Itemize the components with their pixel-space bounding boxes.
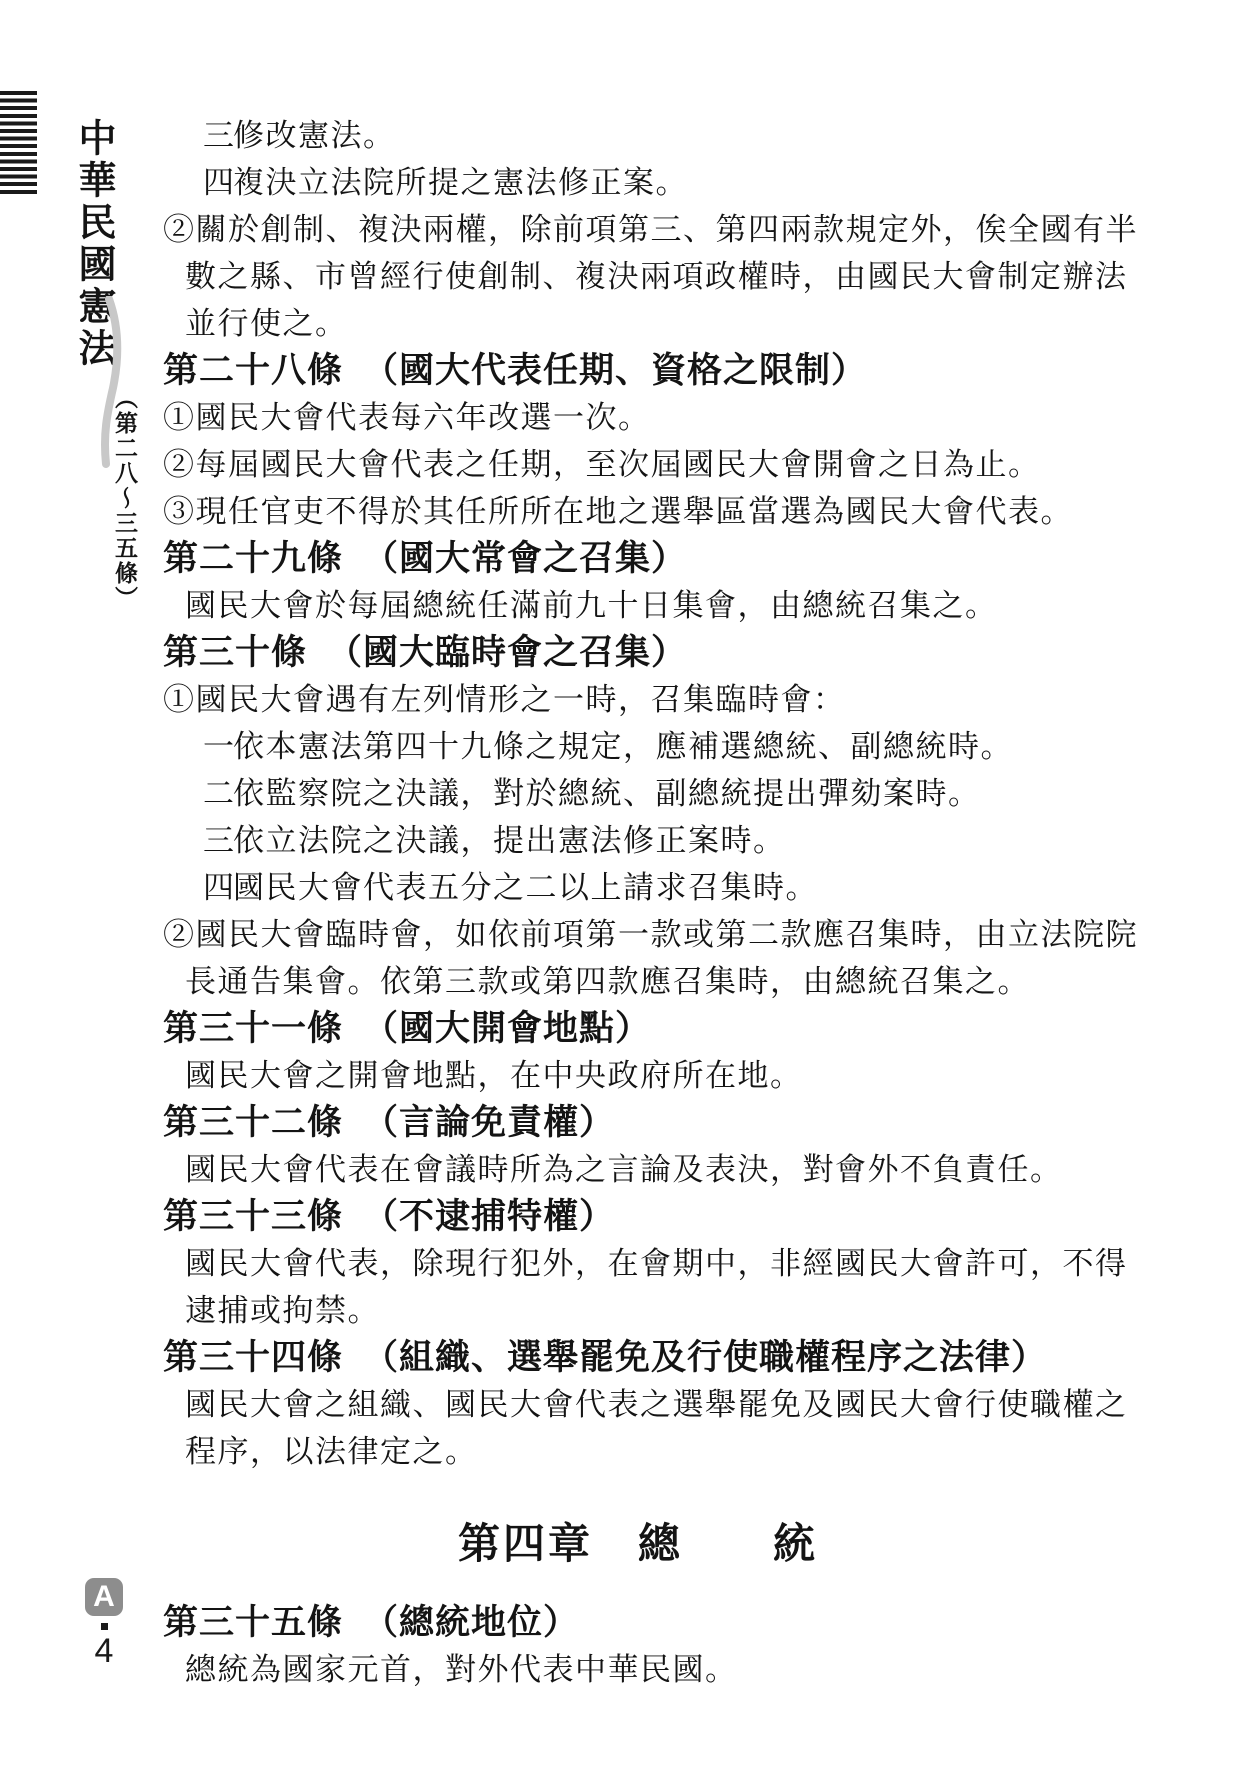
page-number: 4 <box>95 1634 114 1668</box>
clause-paragraph: ②國民大會臨時會，如依前項第一款或第二款應召集時，由立法院院 <box>163 911 1113 958</box>
article-number: 第三十三條 <box>163 1197 343 1236</box>
clause-paragraph: ①國民大會遇有左列情形之一時，召集臨時會： <box>163 676 1113 723</box>
article-range-vertical: （第二八～三五條） <box>108 386 141 611</box>
list-item-text: 依立法院之決議，提出憲法修正案時。 <box>233 823 786 858</box>
clause-paragraph: ①國民大會代表每六年改選一次。 <box>163 394 1113 441</box>
list-item-marker: 二 <box>203 770 233 817</box>
article-number: 第三十五條 <box>163 1603 343 1642</box>
continuation-line: 國民大會之組織、國民大會代表之選舉罷免及國民大會行使職權之 <box>163 1381 1113 1428</box>
list-item: 三修改憲法。 <box>163 112 1113 159</box>
continuation-line: 國民大會之開會地點，在中央政府所在地。 <box>163 1052 1113 1099</box>
article-title: （國大臨時會之召集） <box>327 633 687 672</box>
continuation-line: 總統為國家元首，對外代表中華民國。 <box>163 1646 1113 1693</box>
continuation-line: 國民大會於每屆總統任滿前九十日集會，由總統召集之。 <box>163 582 1113 629</box>
chapter-heading: 第四章 總 統 <box>163 1515 1113 1575</box>
section-letter-badge: A <box>85 1578 123 1616</box>
continuation-line: 並行使之。 <box>163 300 1113 347</box>
marker-dot-icon <box>101 1623 108 1630</box>
article-heading: 第二十九條（國大常會之召集） <box>163 535 1113 582</box>
list-item-marker: 四 <box>203 159 233 206</box>
article-heading: 第三十五條（總統地位） <box>163 1599 1113 1646</box>
article-number: 第三十條 <box>163 633 307 672</box>
list-item-text: 依本憲法第四十九條之規定，應補選總統、副總統時。 <box>233 729 1013 764</box>
article-title: （組織、選舉罷免及行使職權程序之法律） <box>363 1338 1047 1377</box>
article-number: 第三十二條 <box>163 1103 343 1142</box>
page-marker: A 4 <box>82 1578 126 1668</box>
clause-paragraph: ②關於創制、複決兩權，除前項第三、第四兩款規定外，俟全國有半 <box>163 206 1113 253</box>
clause-paragraph: ③現任官吏不得於其任所所在地之選舉區當選為國民大會代表。 <box>163 488 1113 535</box>
article-title: （總統地位） <box>363 1603 579 1642</box>
continuation-line: 國民大會代表在會議時所為之言論及表決，對會外不負責任。 <box>163 1146 1113 1193</box>
article-title: （國大常會之召集） <box>363 539 687 578</box>
list-item: 三依立法院之決議，提出憲法修正案時。 <box>163 817 1113 864</box>
article-heading: 第三十二條（言論免責權） <box>163 1099 1113 1146</box>
list-item-marker: 一 <box>203 723 233 770</box>
article-heading: 第二十八條（國大代表任期、資格之限制） <box>163 347 1113 394</box>
list-item-marker: 三 <box>203 112 233 159</box>
document-body: 三修改憲法。四複決立法院所提之憲法修正案。②關於創制、複決兩權，除前項第三、第四… <box>163 112 1113 1693</box>
article-heading: 第三十條（國大臨時會之召集） <box>163 629 1113 676</box>
article-title: （言論免責權） <box>363 1103 615 1142</box>
clause-paragraph: ②每屆國民大會代表之任期，至次屆國民大會開會之日為止。 <box>163 441 1113 488</box>
article-title: （國大開會地點） <box>363 1009 651 1048</box>
article-number: 第二十九條 <box>163 539 343 578</box>
list-item: 二依監察院之決議，對於總統、副總統提出彈劾案時。 <box>163 770 1113 817</box>
article-heading: 第三十四條（組織、選舉罷免及行使職權程序之法律） <box>163 1334 1113 1381</box>
article-title: （不逮捕特權） <box>363 1197 615 1236</box>
list-item: 一依本憲法第四十九條之規定，應補選總統、副總統時。 <box>163 723 1113 770</box>
corner-stripes-mark <box>0 91 37 197</box>
list-item-text: 複決立法院所提之憲法修正案。 <box>233 165 688 200</box>
continuation-line: 程序，以法律定之。 <box>163 1428 1113 1475</box>
continuation-line: 逮捕或拘禁。 <box>163 1287 1113 1334</box>
list-item-marker: 四 <box>203 864 233 911</box>
article-heading: 第三十一條（國大開會地點） <box>163 1005 1113 1052</box>
article-heading: 第三十三條（不逮捕特權） <box>163 1193 1113 1240</box>
list-item-text: 國民大會代表五分之二以上請求召集時。 <box>233 870 818 905</box>
continuation-line: 長通告集會。依第三款或第四款應召集時，由總統召集之。 <box>163 958 1113 1005</box>
list-item: 四國民大會代表五分之二以上請求召集時。 <box>163 864 1113 911</box>
continuation-line: 國民大會代表，除現行犯外，在會期中，非經國民大會許可，不得 <box>163 1240 1113 1287</box>
list-item-text: 依監察院之決議，對於總統、副總統提出彈劾案時。 <box>233 776 981 811</box>
article-number: 第三十一條 <box>163 1009 343 1048</box>
list-item: 四複決立法院所提之憲法修正案。 <box>163 159 1113 206</box>
continuation-line: 數之縣、市曾經行使創制、複決兩項政權時，由國民大會制定辦法 <box>163 253 1113 300</box>
list-item-text: 修改憲法。 <box>233 118 396 153</box>
article-number: 第三十四條 <box>163 1338 343 1377</box>
article-number: 第二十八條 <box>163 351 343 390</box>
list-item-marker: 三 <box>203 817 233 864</box>
constitution-page: 中華民國憲法 （第二八～三五條） 三修改憲法。四複決立法院所提之憲法修正案。②關… <box>0 0 1240 1772</box>
article-title: （國大代表任期、資格之限制） <box>363 351 867 390</box>
